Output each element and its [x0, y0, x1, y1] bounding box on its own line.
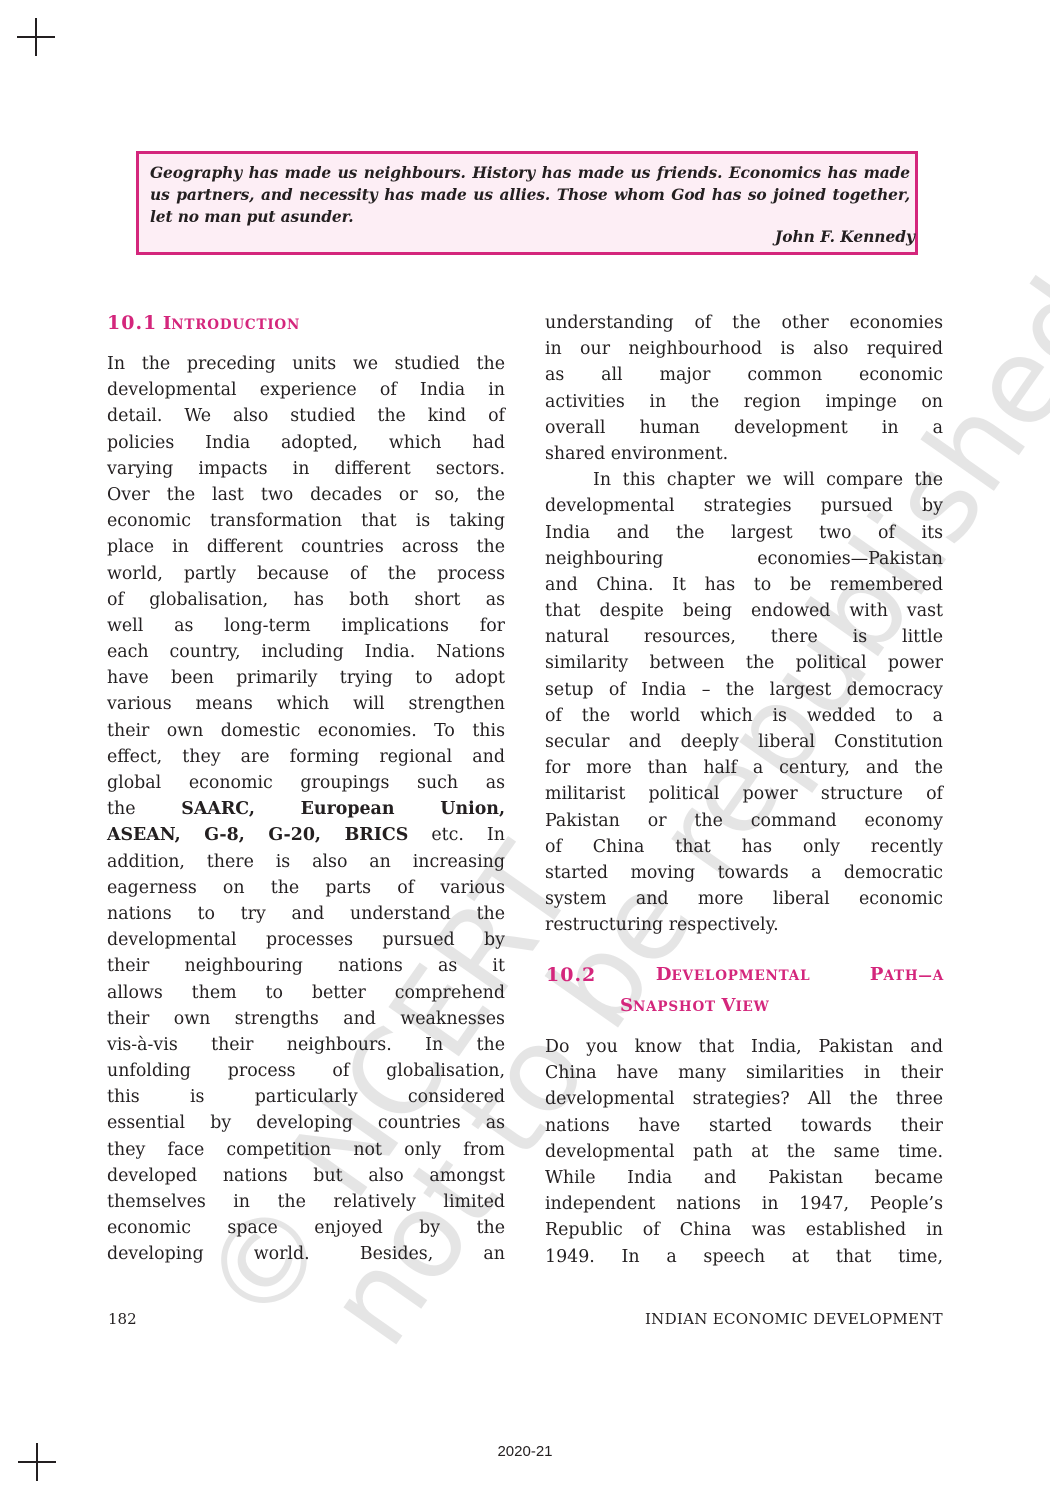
text-line: understanding of the other economies: [545, 310, 943, 336]
right-column-text: understanding of the other economies in …: [545, 310, 943, 939]
heading-initial: D: [656, 964, 672, 985]
text-line: China have many similarities in their: [545, 1060, 943, 1086]
crop-mark-top-left-icon: [17, 18, 55, 56]
heading-rest: IEW: [735, 999, 769, 1015]
text-line: detail. We also studied the kind of: [107, 403, 505, 429]
section-heading-snapshot-view: SNAPSHOT VIEW: [620, 995, 770, 1016]
text-line: overall human development in a: [545, 415, 943, 441]
text-line: secular and deeply liberal Constitution: [545, 729, 943, 755]
section-2-text: Do you know that India, Pakistan and Chi…: [545, 1034, 943, 1270]
text-line: global economic groupings such as: [107, 770, 505, 796]
text-line: developmental strategies pursued by: [545, 493, 943, 519]
text-line: militarist political power structure of: [545, 781, 943, 807]
text-line: economic transformation that is taking: [107, 508, 505, 534]
text-line: started moving towards a democratic: [545, 860, 943, 886]
text-line: In the preceding units we studied the: [107, 351, 505, 377]
text-line: nations to try and understand the: [107, 901, 505, 927]
text-line: While India and Pakistan became: [545, 1165, 943, 1191]
grouping-european: European: [301, 799, 395, 819]
heading-rest: EVELOPMENTAL: [671, 968, 810, 984]
text-line: eagerness on the parts of various: [107, 875, 505, 901]
text-line: developmental strategies? All the three: [545, 1086, 943, 1112]
text-line: and China. It has to be remembered: [545, 572, 943, 598]
text-line: Over the last two decades or so, the: [107, 482, 505, 508]
text-line: natural resources, there is little: [545, 624, 943, 650]
text-line: Do you know that India, Pakistan and: [545, 1034, 943, 1060]
section-heading-introduction: 10.1 INTRODUCTION: [107, 312, 300, 334]
epigraph-quote-text: Geography has made us neighbours. Histor…: [150, 162, 910, 228]
text-line: setup of India – the largest democracy: [545, 677, 943, 703]
text-line: world, partly because of the process: [107, 561, 505, 587]
edition-year: 2020-21: [0, 1443, 1050, 1460]
text-line: as all major common economic: [545, 362, 943, 388]
running-footer-book-title: INDIAN ECONOMIC DEVELOPMENT: [645, 1310, 943, 1328]
text-line: their own strengths and weaknesses: [107, 1006, 505, 1032]
grouping-saarc: SAARC,: [181, 799, 255, 819]
text-line: India and the largest two of its: [545, 520, 943, 546]
heading-word: PATH—A: [870, 964, 944, 986]
section-number: 10.1: [107, 312, 157, 334]
text-line: of globalisation, has both short as: [107, 587, 505, 613]
text-line: their own domestic economies. To this: [107, 718, 505, 744]
groupings-line: the SAARC, European Union,: [107, 796, 505, 822]
heading-rest: ATH—A: [883, 968, 944, 984]
epigraph-quote-box: Geography has made us neighbours. Histor…: [136, 151, 918, 255]
text-line: this is particularly considered: [107, 1084, 505, 1110]
text-line: developmental path at the same time.: [545, 1139, 943, 1165]
text-line: similarity between the political power: [545, 650, 943, 676]
text-line: activities in the region impinge on: [545, 389, 943, 415]
text-fragment: the: [107, 799, 135, 819]
text-line: in our neighbourhood is also required: [545, 336, 943, 362]
left-column-text: In the preceding units we studied the de…: [107, 351, 505, 1268]
text-line: they face competition not only from: [107, 1137, 505, 1163]
text-line: their neighbouring nations as it: [107, 953, 505, 979]
text-line: each country, including India. Nations: [107, 639, 505, 665]
text-line: 1949. In a speech at that time,: [545, 1244, 943, 1270]
text-line: nations have started towards their: [545, 1113, 943, 1139]
text-line: system and more liberal economic: [545, 886, 943, 912]
text-line: of the world which is wedded to a: [545, 703, 943, 729]
paragraph-first-line: In this chapter we will compare the: [545, 467, 943, 493]
text-line: addition, there is also an increasing: [107, 849, 505, 875]
text-line: themselves in the relatively limited: [107, 1189, 505, 1215]
text-line: shared environment.: [545, 441, 943, 467]
text-line: economic space enjoyed by the: [107, 1215, 505, 1241]
grouping-list: ASEAN, G-8, G-20, BRICS: [107, 825, 408, 845]
text-line: have been primarily trying to adopt: [107, 665, 505, 691]
text-line: place in different countries across the: [107, 534, 505, 560]
text-line: vis-à-vis their neighbours. In the: [107, 1032, 505, 1058]
heading-initial: P: [870, 964, 884, 985]
section-heading-developmental-path: 10.2 DEVELOPMENTAL PATH—A: [546, 964, 944, 986]
text-line: well as long-term implications for: [107, 613, 505, 639]
heading-word: DEVELOPMENTAL: [656, 964, 811, 986]
text-line: varying impacts in different sectors.: [107, 456, 505, 482]
groupings-line-2: ASEAN, G-8, G-20, BRICS etc. In: [107, 822, 505, 848]
grouping-union: Union,: [440, 799, 505, 819]
section-title-rest: NTRODUCTION: [171, 317, 300, 333]
page-number: 182: [108, 1310, 137, 1328]
text-line: unfolding process of globalisation,: [107, 1058, 505, 1084]
text-line: of China that has only recently: [545, 834, 943, 860]
text-line: Pakistan or the command economy: [545, 808, 943, 834]
text-line: effect, they are forming regional and: [107, 744, 505, 770]
heading-initial: S: [620, 995, 633, 1016]
text-line: developmental processes pursued by: [107, 927, 505, 953]
text-fragment: etc. In: [431, 825, 505, 845]
text-line: Republic of China was established in: [545, 1217, 943, 1243]
text-line: allows them to better comprehend: [107, 980, 505, 1006]
text-line: various means which will strengthen: [107, 691, 505, 717]
text-line: independent nations in 1947, People’s: [545, 1191, 943, 1217]
epigraph-author: John F. Kennedy: [775, 228, 915, 246]
text-line: for more than half a century, and the: [545, 755, 943, 781]
text-line: developed nations but also amongst: [107, 1163, 505, 1189]
heading-rest: NAPSHOT: [633, 999, 716, 1015]
section-number: 10.2: [546, 964, 596, 986]
text-line: restructuring respectively.: [545, 912, 943, 938]
text-line: developmental experience of India in: [107, 377, 505, 403]
text-line: essential by developing countries as: [107, 1110, 505, 1136]
text-line: neighbouring economies—Pakistan: [545, 546, 943, 572]
text-line: developing world. Besides, an: [107, 1241, 505, 1267]
heading-initial: V: [721, 995, 735, 1016]
text-line: policies India adopted, which had: [107, 430, 505, 456]
text-line: that despite being endowed with vast: [545, 598, 943, 624]
